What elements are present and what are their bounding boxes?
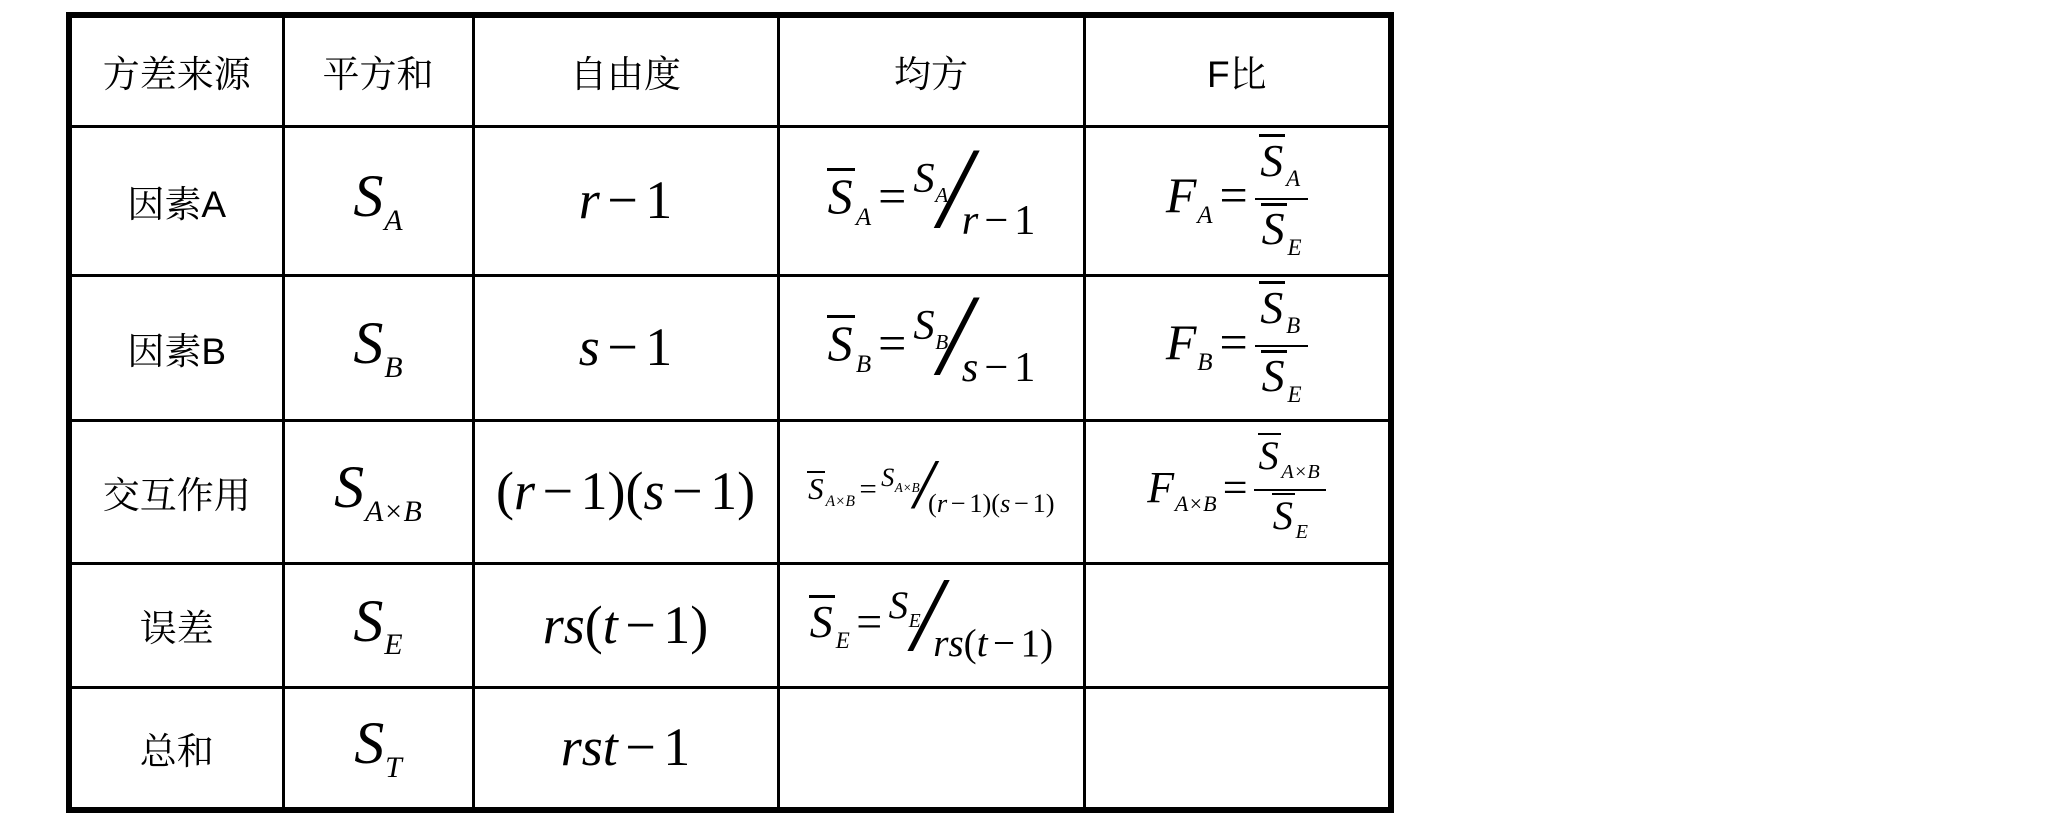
math-token: ) xyxy=(608,463,626,520)
math-token: − xyxy=(978,199,1014,244)
math-operator: − xyxy=(988,622,1021,665)
formula: rs(t−1) xyxy=(543,597,709,654)
cell-source: 误差 xyxy=(69,563,283,687)
math-variable: t xyxy=(603,717,618,777)
formula: SE=SE/rs(t−1) xyxy=(809,597,1053,652)
math-subscript: E xyxy=(1288,382,1302,407)
math-variable: S xyxy=(1273,493,1293,538)
overbar: S xyxy=(827,315,856,368)
math-operator: − xyxy=(978,344,1014,391)
fraction-denominator: SE xyxy=(1255,200,1308,260)
math-literal: ) xyxy=(983,489,992,518)
math-token: ( xyxy=(626,463,644,520)
math-variable: r xyxy=(561,717,582,777)
math-token: SA×B xyxy=(807,472,855,510)
math-literal: 1 xyxy=(1014,344,1035,391)
math-token: − xyxy=(665,463,711,520)
math-token: ) xyxy=(983,490,992,518)
math-variable: S xyxy=(1260,282,1283,333)
math-operator: − xyxy=(618,717,664,777)
cell-df: rst−1 xyxy=(473,687,778,810)
math-operator: = xyxy=(1217,463,1254,512)
formula: r−1 xyxy=(579,172,673,229)
anova-table-body: 因素ASAr−1SA=SA/r−1FA=SASE因素BSBs−1SB=SB/s−… xyxy=(69,126,1391,810)
math-variable: S xyxy=(353,588,383,654)
math-token: SA×B xyxy=(1258,435,1320,483)
math-operator: = xyxy=(850,596,889,647)
math-token: 1 xyxy=(581,463,608,520)
formula: s−1 xyxy=(579,319,673,376)
math-subscript: E xyxy=(1288,235,1302,260)
math-token: − xyxy=(618,719,664,776)
math-token: ( xyxy=(928,490,937,518)
formula: FA×B=SA×BSE xyxy=(1147,436,1326,547)
math-variable: s xyxy=(579,317,600,377)
math-variable: S xyxy=(334,454,364,520)
math-token: r xyxy=(937,490,947,518)
fraction-denominator: r−1 xyxy=(962,199,1036,244)
table-row: 交互作用SA×B(r−1)(s−1)SA×B=SA×B/(r−1)(s−1)FA… xyxy=(69,420,1391,563)
math-literal: ) xyxy=(1040,622,1053,665)
math-variable: S xyxy=(1262,203,1285,254)
fraction-denominator: SE xyxy=(1255,347,1308,407)
math-operator: = xyxy=(871,168,913,224)
math-variable: S xyxy=(808,471,824,506)
math-literal: 1 xyxy=(969,489,982,518)
table-row: 误差SErs(t−1)SE=SE/rs(t−1) xyxy=(69,563,1391,687)
overbar: S xyxy=(1259,281,1285,330)
cell-source: 总和 xyxy=(69,687,283,810)
math-variable: s xyxy=(643,461,664,521)
math-subscript: T xyxy=(385,751,402,784)
math-literal: 1 xyxy=(663,595,690,655)
math-token: SE xyxy=(809,597,850,652)
formula: FA=SASE xyxy=(1166,137,1308,264)
math-variable: S xyxy=(353,310,383,376)
math-subscript: A×B xyxy=(365,495,422,528)
math-variable: F xyxy=(1166,314,1197,370)
math-token: − xyxy=(618,597,664,654)
formula: FB=SBSE xyxy=(1166,284,1308,411)
math-token: ) xyxy=(737,463,755,520)
math-subscript: B xyxy=(856,351,871,378)
math-operator: = xyxy=(1212,314,1254,370)
cell-mean-sq: SA=SA/r−1 xyxy=(778,126,1084,275)
math-token: 1 xyxy=(663,719,690,776)
math-variable: S xyxy=(1260,135,1283,186)
math-token: SE xyxy=(1272,495,1308,543)
overbar: S xyxy=(1261,203,1287,252)
math-token: t xyxy=(603,719,618,776)
math-variable: t xyxy=(977,622,988,665)
formula: SB=SB/s−1 xyxy=(827,317,1036,378)
cell-df: r−1 xyxy=(473,126,778,275)
formula: SB xyxy=(353,312,402,383)
math-subscript: A xyxy=(384,204,402,237)
math-variable: S xyxy=(828,168,853,224)
math-token: SA xyxy=(353,165,402,236)
formula: SE xyxy=(353,590,402,661)
math-token: SE xyxy=(353,590,402,661)
column-header-sum-sq: 平方和 xyxy=(283,15,473,126)
overbar: S xyxy=(827,168,856,221)
math-variable: S xyxy=(913,302,934,349)
math-operator: = xyxy=(855,471,881,506)
math-operator: = xyxy=(871,315,913,371)
math-token: r xyxy=(933,623,948,664)
math-subscript: E xyxy=(836,628,850,653)
cell-mean-sq: SE=SE/rs(t−1) xyxy=(778,563,1084,687)
cell-f-ratio: FA=SASE xyxy=(1084,126,1391,275)
math-token: ) xyxy=(1040,623,1053,664)
math-subscript: E xyxy=(384,628,402,661)
overbar: S xyxy=(807,471,825,504)
cell-sum-sq: SE xyxy=(283,563,473,687)
math-token: t xyxy=(977,623,988,664)
math-literal: 1 xyxy=(1014,197,1035,244)
cell-mean-sq: SA×B=SA×B/(r−1)(s−1) xyxy=(778,420,1084,563)
formula: SA xyxy=(353,165,402,236)
math-subscript: A×B xyxy=(1281,461,1319,483)
math-token: s xyxy=(579,319,600,376)
math-token: 1 xyxy=(969,490,982,518)
math-operator: − xyxy=(947,489,969,518)
math-literal: ) xyxy=(737,461,755,521)
overbar: S xyxy=(1259,134,1285,183)
math-token: 1 xyxy=(645,172,672,229)
formula: SA×B xyxy=(334,456,422,527)
math-variable: S xyxy=(1262,350,1285,401)
math-literal: 1 xyxy=(581,461,608,521)
math-token: r xyxy=(543,597,564,654)
math-variable: t xyxy=(603,595,618,655)
math-literal: ( xyxy=(991,489,1000,518)
math-token: ( xyxy=(585,597,603,654)
overbar: S xyxy=(1272,493,1295,535)
fraction-numerator: SA×B xyxy=(1254,433,1327,491)
math-subscript: B xyxy=(1286,313,1300,338)
math-subscript: A×B xyxy=(1175,491,1217,516)
math-token: ) xyxy=(690,597,708,654)
math-operator: = xyxy=(1212,167,1254,223)
math-variable: r xyxy=(543,595,564,655)
math-token: 1 xyxy=(1014,346,1035,391)
math-token: 1 xyxy=(710,463,737,520)
cell-sum-sq: SB xyxy=(283,275,473,420)
math-token: − xyxy=(978,346,1014,391)
math-operator: − xyxy=(665,461,711,521)
math-variable: s xyxy=(582,717,603,777)
math-variable: s xyxy=(962,344,979,391)
math-token: 1 xyxy=(645,319,672,376)
math-operator: − xyxy=(600,317,646,377)
math-token: 1 xyxy=(1021,623,1041,664)
math-literal: 1 xyxy=(645,317,672,377)
math-token: SE xyxy=(1261,204,1302,259)
math-literal: ( xyxy=(964,622,977,665)
math-token: = xyxy=(850,598,889,646)
math-token: FA xyxy=(1166,169,1213,230)
math-variable: r xyxy=(937,489,947,518)
math-token: r xyxy=(579,172,600,229)
cell-df: (r−1)(s−1) xyxy=(473,420,778,563)
math-variable: S xyxy=(828,315,853,371)
math-subscript: B xyxy=(1197,349,1212,376)
math-literal: ( xyxy=(496,461,514,521)
cell-f-ratio: FB=SBSE xyxy=(1084,275,1391,420)
math-token: SA xyxy=(1259,136,1300,191)
cell-source: 交互作用 xyxy=(69,420,283,563)
math-literal: 1 xyxy=(710,461,737,521)
math-token: s xyxy=(643,463,664,520)
vertical-fraction: SA×BSE xyxy=(1254,433,1327,544)
math-token: = xyxy=(1212,169,1254,222)
slanted-fraction: SB/s−1 xyxy=(913,317,1035,374)
math-token: SA xyxy=(827,170,872,231)
math-token: = xyxy=(855,473,881,506)
math-variable: F xyxy=(1147,463,1174,512)
fraction-denominator: s−1 xyxy=(962,346,1036,391)
formula: rst−1 xyxy=(561,719,691,776)
math-variable: S xyxy=(354,710,384,776)
math-token: SE xyxy=(1261,351,1302,406)
overbar: S xyxy=(1258,433,1281,475)
math-variable: S xyxy=(913,155,934,202)
math-subscript: B xyxy=(384,351,402,384)
math-token: s xyxy=(962,346,979,391)
cell-sum-sq: ST xyxy=(283,687,473,810)
math-token: s xyxy=(1000,490,1010,518)
math-literal: 1 xyxy=(645,170,672,230)
math-token: r xyxy=(514,463,535,520)
cell-df: rs(t−1) xyxy=(473,563,778,687)
math-literal: ( xyxy=(626,461,644,521)
math-literal: ) xyxy=(690,595,708,655)
math-variable: s xyxy=(1000,489,1010,518)
table-row: 因素ASAr−1SA=SA/r−1FA=SASE xyxy=(69,126,1391,275)
math-subscript: E xyxy=(1296,521,1308,543)
math-literal: ( xyxy=(928,489,937,518)
math-subscript: A xyxy=(1197,202,1212,229)
math-token: − xyxy=(535,463,581,520)
math-token: s xyxy=(948,623,963,664)
math-token: = xyxy=(1212,316,1254,369)
math-token: 1 xyxy=(1033,490,1046,518)
math-literal: 1 xyxy=(1021,622,1041,665)
math-subscript: A xyxy=(856,204,871,231)
cell-source: 因素A xyxy=(69,126,283,275)
formula: (r−1)(s−1) xyxy=(496,463,755,520)
math-literal: ) xyxy=(608,461,626,521)
cell-df: s−1 xyxy=(473,275,778,420)
math-operator: − xyxy=(618,595,664,655)
math-token: ) xyxy=(1046,490,1055,518)
math-token: = xyxy=(871,317,913,370)
math-operator: − xyxy=(600,170,646,230)
cell-f-ratio xyxy=(1084,563,1391,687)
math-token: r xyxy=(561,719,582,776)
vertical-fraction: SBSE xyxy=(1255,280,1308,407)
math-variable: S xyxy=(889,584,909,627)
table-row: 因素BSBs−1SB=SB/s−1FB=SBSE xyxy=(69,275,1391,420)
math-token: 1 xyxy=(1014,199,1035,244)
math-token: 1 xyxy=(663,597,690,654)
math-token: ST xyxy=(354,712,402,783)
slanted-fraction: SA/r−1 xyxy=(913,170,1035,227)
cell-f-ratio xyxy=(1084,687,1391,810)
column-header-df: 自由度 xyxy=(473,15,778,126)
cell-sum-sq: SA×B xyxy=(283,420,473,563)
header-row: 方差来源 平方和 自由度 均方 F比 xyxy=(69,15,1391,126)
math-token: t xyxy=(603,597,618,654)
anova-table: 方差来源 平方和 自由度 均方 F比 因素ASAr−1SA=SA/r−1FA=S… xyxy=(66,12,1394,813)
math-token: − xyxy=(600,172,646,229)
cell-source: 因素B xyxy=(69,275,283,420)
cell-mean-sq: SB=SB/s−1 xyxy=(778,275,1084,420)
math-token: SB xyxy=(1259,283,1300,338)
formula: SA×B=SA×B/(r−1)(s−1) xyxy=(807,472,1054,510)
formula: ST xyxy=(354,712,402,783)
math-variable: S xyxy=(353,163,383,229)
column-header-f-ratio: F比 xyxy=(1084,15,1391,126)
math-token: − xyxy=(1010,490,1032,518)
math-literal: ( xyxy=(585,595,603,655)
math-token: r xyxy=(962,199,979,244)
math-literal: 1 xyxy=(663,717,690,777)
fraction-denominator: SE xyxy=(1254,491,1327,543)
cell-f-ratio: FA×B=SA×BSE xyxy=(1084,420,1391,563)
math-variable: r xyxy=(579,170,600,230)
math-token: ( xyxy=(964,623,977,664)
math-token: s xyxy=(564,597,585,654)
math-token: SA×B xyxy=(334,456,422,527)
cell-mean-sq xyxy=(778,687,1084,810)
math-variable: r xyxy=(514,461,535,521)
fraction-denominator: (r−1)(s−1) xyxy=(928,490,1054,518)
fraction-numerator: SA xyxy=(1255,133,1308,200)
formula: SA=SA/r−1 xyxy=(827,170,1036,231)
slanted-fraction: SE/rs(t−1) xyxy=(889,598,1053,651)
fraction-numerator: SB xyxy=(1255,280,1308,347)
math-token: SB xyxy=(353,312,402,383)
cell-sum-sq: SA xyxy=(283,126,473,275)
vertical-fraction: SASE xyxy=(1255,133,1308,260)
math-token: FA×B xyxy=(1147,465,1216,516)
math-token: ( xyxy=(991,490,1000,518)
math-subscript: A×B xyxy=(826,493,855,510)
math-operator: − xyxy=(1010,489,1032,518)
column-header-source: 方差来源 xyxy=(69,15,283,126)
fraction-denominator: rs(t−1) xyxy=(933,623,1053,664)
math-token: − xyxy=(947,490,969,518)
math-variable: s xyxy=(948,622,963,665)
overbar: S xyxy=(1261,350,1287,399)
math-literal: ) xyxy=(1046,489,1055,518)
page-canvas: 方差来源 平方和 自由度 均方 F比 因素ASAr−1SA=SA/r−1FA=S… xyxy=(0,0,2068,826)
math-variable: r xyxy=(962,197,979,244)
overbar: S xyxy=(809,595,835,644)
math-variable: S xyxy=(810,596,833,647)
math-token: s xyxy=(582,719,603,776)
math-operator: − xyxy=(535,461,581,521)
math-subscript: A xyxy=(1286,166,1300,191)
math-variable: S xyxy=(881,463,894,492)
math-variable: F xyxy=(1166,167,1197,223)
math-variable: s xyxy=(564,595,585,655)
math-token: − xyxy=(600,319,646,376)
math-token: = xyxy=(871,170,913,223)
math-token: − xyxy=(988,623,1021,664)
math-literal: 1 xyxy=(1033,489,1046,518)
math-operator: − xyxy=(978,197,1014,244)
math-token: SB xyxy=(827,317,872,378)
math-variable: S xyxy=(1259,433,1279,478)
slanted-fraction: SA×B/(r−1)(s−1) xyxy=(881,473,1054,508)
math-token: FB xyxy=(1166,316,1213,377)
table-row: 总和STrst−1 xyxy=(69,687,1391,810)
math-token: = xyxy=(1217,465,1254,511)
column-header-mean-sq: 均方 xyxy=(778,15,1084,126)
math-token: ( xyxy=(496,463,514,520)
math-variable: r xyxy=(933,622,948,665)
